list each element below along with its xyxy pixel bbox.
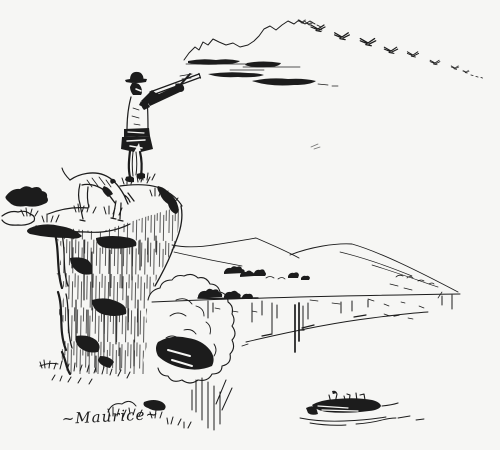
paper-background: [0, 0, 500, 450]
hunting-scene-drawing: ~Maurice~: [0, 0, 500, 450]
illustration-canvas: ~Maurice~: [0, 0, 500, 450]
